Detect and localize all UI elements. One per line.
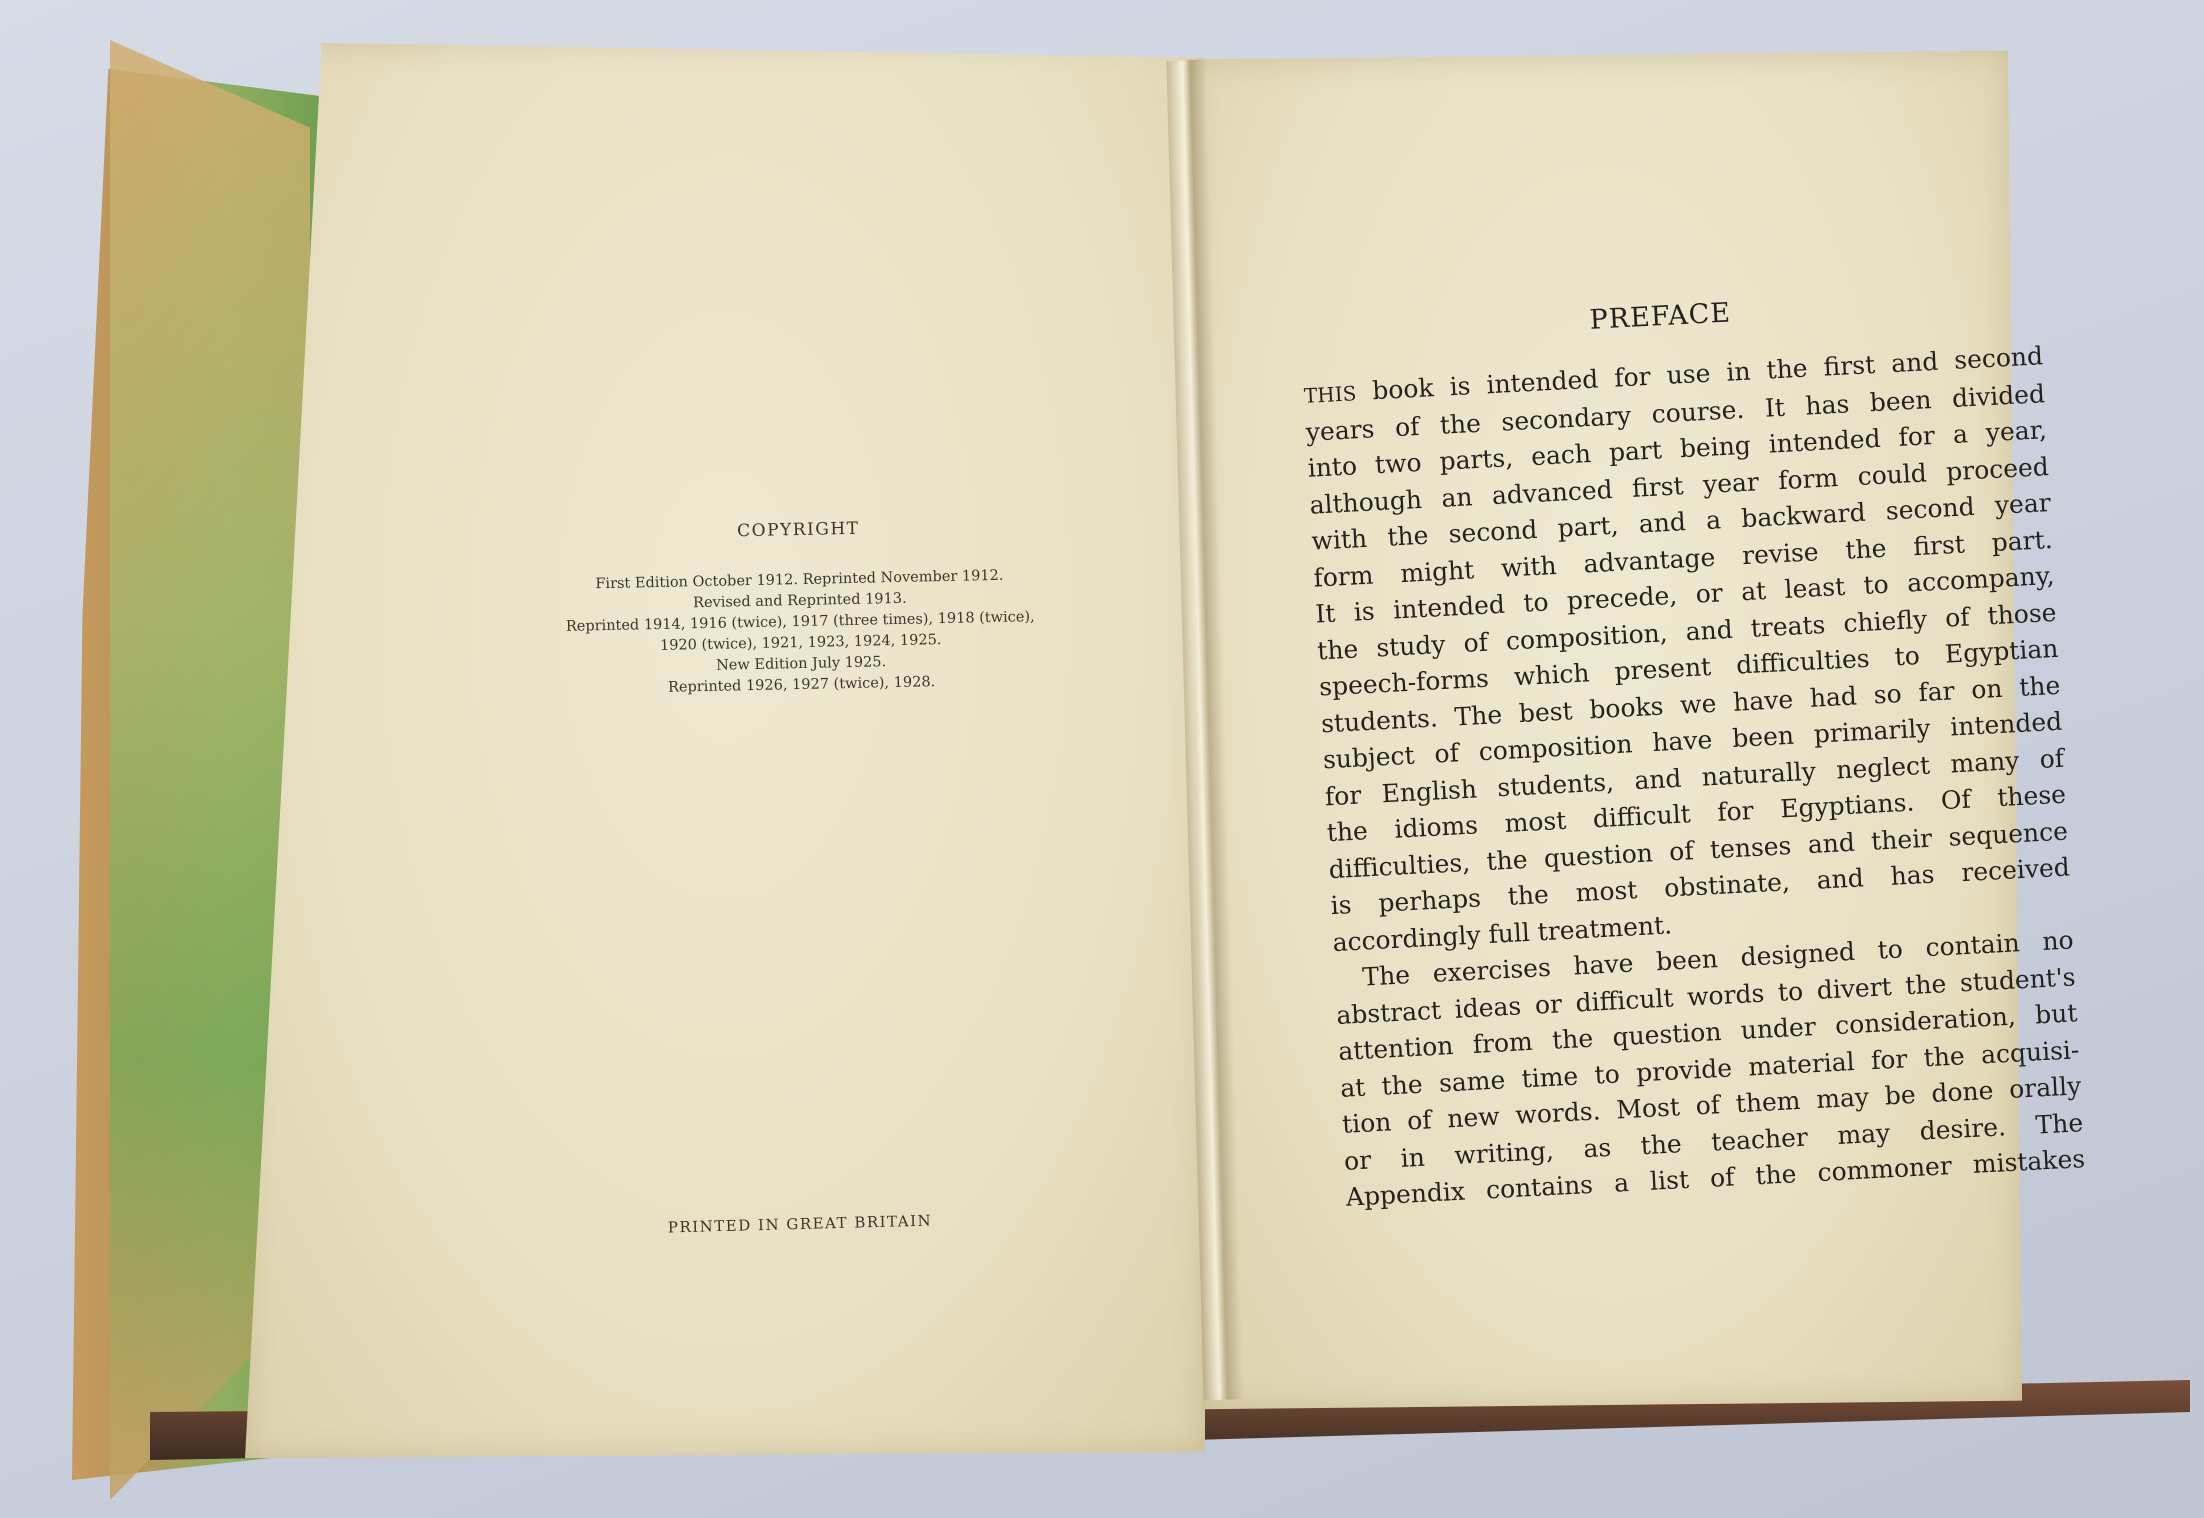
copyright-page	[245, 37, 1205, 1459]
preface-text: PREFACE THIS book is intended for use in…	[1300, 280, 2106, 1216]
first-word: THIS	[1303, 381, 1357, 408]
copyright-block: COPYRIGHT First Edition October 1912. Re…	[498, 514, 1102, 703]
book-photo: COPYRIGHT First Edition October 1912. Re…	[0, 0, 2204, 1518]
